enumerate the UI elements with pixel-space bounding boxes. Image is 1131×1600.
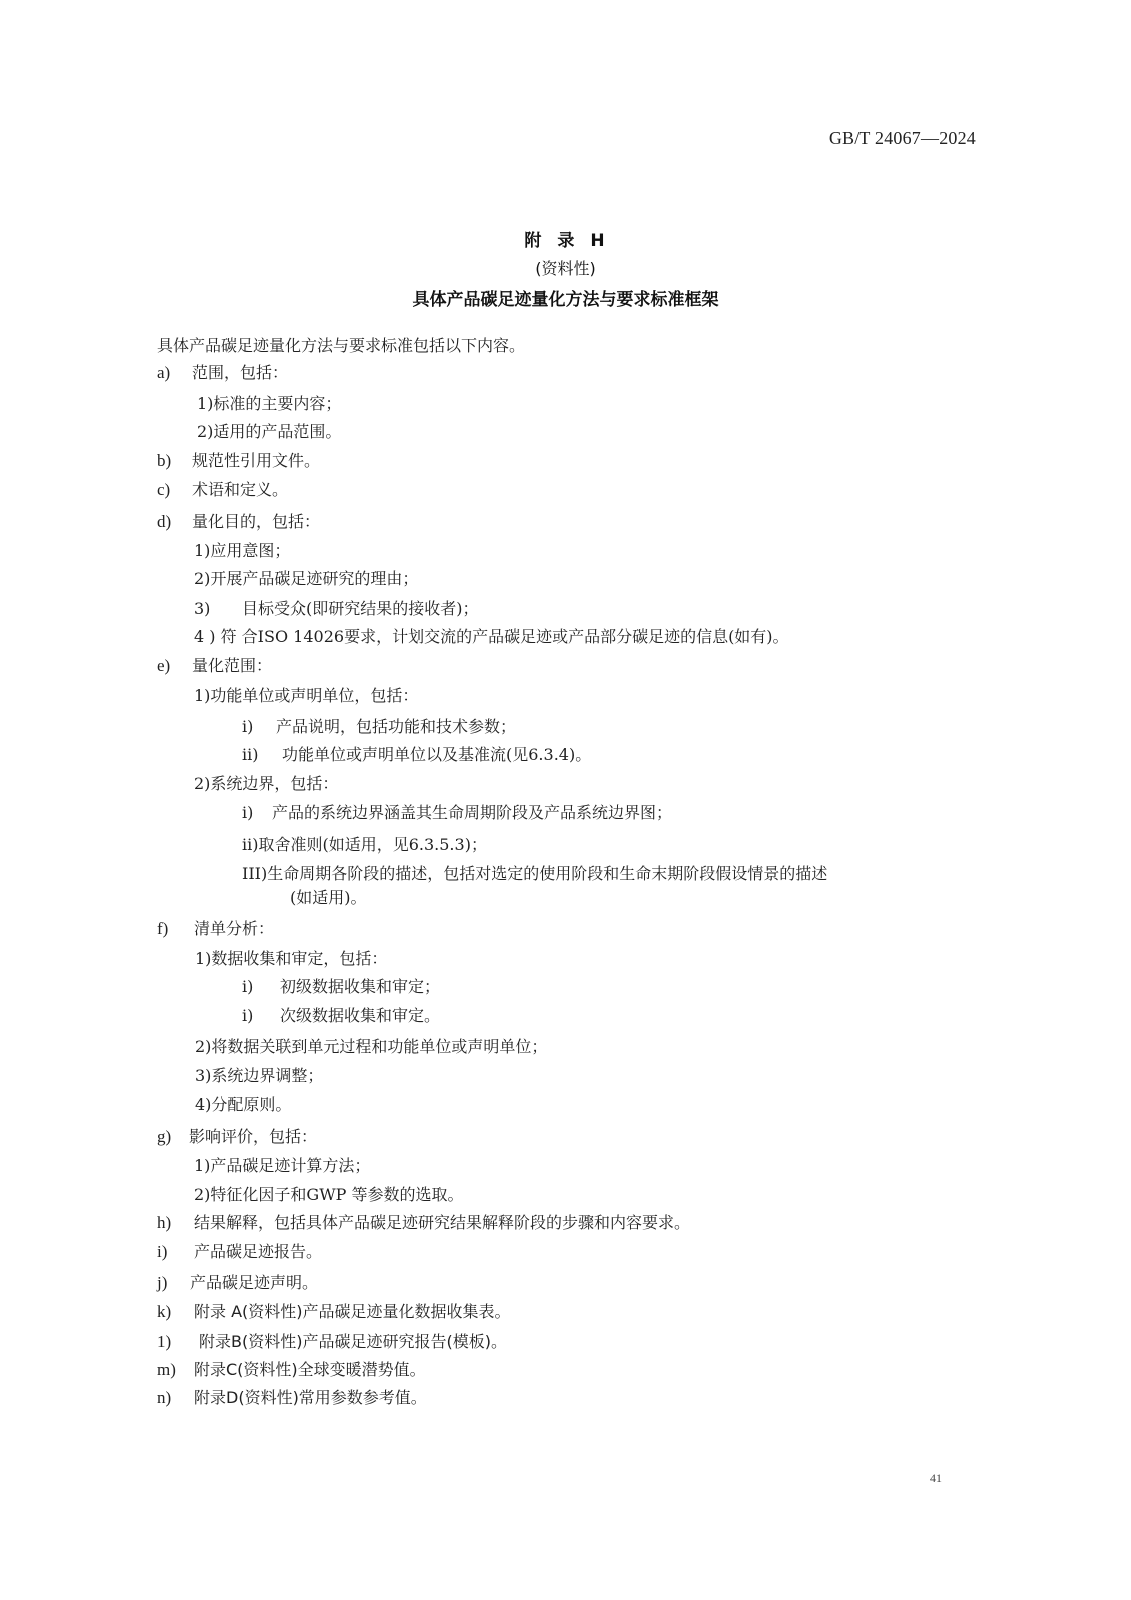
list-item-h: h)结果解释，包括具体产品碳足迹研究结果解释阶段的步骤和内容要求。 (157, 1210, 690, 1233)
annex-label-prefix: 附 (524, 231, 543, 251)
list-text: 附录 A(资料性)产品碳足迹量化数据收集表。 (194, 1302, 511, 1321)
list-text: 清单分析： (194, 919, 274, 938)
sub-item: 2)开展产品碳足迹研究的理由； (194, 566, 418, 589)
list-item-c: c)术语和定义。 (157, 477, 288, 500)
list-item-l: 1)附录B(资料性)产品碳足迹研究报告(模板)。 (157, 1329, 507, 1352)
list-label: k) (157, 1302, 194, 1322)
sub-item: 3)目标受众(即研究结果的接收者)； (194, 596, 479, 619)
sub-item: 3)系统边界调整； (195, 1063, 323, 1086)
list-item-g: g)影响评价，包括： (157, 1124, 317, 1147)
intro-text: 具体产品碳足迹量化方法与要求标准包括以下内容。 (157, 333, 525, 356)
list-label: e) (157, 656, 192, 676)
list-label: a) (157, 363, 192, 383)
list-item-b: b)规范性引用文件。 (157, 448, 320, 471)
list-label: b) (157, 451, 192, 471)
list-label: m) (157, 1360, 194, 1380)
list-label: i) (157, 1242, 194, 1262)
list-item-i: i)产品碳足迹报告。 (157, 1239, 322, 1262)
sub-item: 1)数据收集和审定，包括： (195, 946, 387, 969)
sub-item: 4)分配原则。 (195, 1092, 291, 1115)
sub-label: 3) (194, 599, 242, 618)
list-item-j: j)产品碳足迹声明。 (157, 1270, 318, 1293)
sub-item: 4 ) 符 合ISO 14026要求，计划交流的产品碳足迹或产品部分碳足迹的信息… (194, 624, 789, 647)
sub-item: 1)标准的主要内容； (197, 391, 341, 414)
list-label: c) (157, 480, 192, 500)
annex-title: 具体产品碳足迹量化方法与要求标准框架 (0, 285, 1131, 310)
sub-sub-item-continued: (如适用)。 (290, 885, 367, 908)
list-text: 产品碳足迹报告。 (194, 1242, 322, 1261)
sub-sub-item: i)次级数据收集和审定。 (242, 1003, 440, 1026)
list-text: 附录B(资料性)产品碳足迹研究报告(模板)。 (199, 1332, 507, 1351)
list-item-k: k)附录 A(资料性)产品碳足迹量化数据收集表。 (157, 1299, 511, 1322)
annex-label: 附录H (0, 226, 1131, 251)
sub-sub-item: ii)功能单位或声明单位以及基准流(见6.3.4)。 (242, 742, 591, 765)
sub-text: 产品说明，包括功能和技术参数； (276, 717, 516, 736)
sub-item: 1)功能单位或声明单位，包括： (194, 683, 418, 706)
list-text: 附录D(资料性)常用参数参考值。 (194, 1388, 427, 1407)
list-item-d: d)量化目的，包括： (157, 509, 320, 532)
sub-item: 1)产品碳足迹计算方法； (194, 1153, 370, 1176)
sub-sub-item: III)生命周期各阶段的描述，包括对选定的使用阶段和生命末期阶段假设情景的描述 (242, 861, 827, 884)
list-label: h) (157, 1213, 194, 1233)
sub-text: 产品的系统边界涵盖其生命周期阶段及产品系统边界图； (272, 803, 672, 822)
sub-text: 次级数据收集和审定。 (280, 1006, 440, 1025)
sub-label: i) (242, 1006, 280, 1025)
sub-label: i) (242, 803, 272, 822)
list-text: 量化范围： (192, 656, 272, 675)
list-text: 量化目的，包括： (192, 512, 320, 531)
sub-sub-item: i)初级数据收集和审定； (242, 974, 440, 997)
sub-label: ii) (242, 745, 282, 764)
sub-item: 1)应用意图； (194, 538, 290, 561)
list-text: 影响评价，包括： (189, 1127, 317, 1146)
list-item-n: n)附录D(资料性)常用参数参考值。 (157, 1385, 427, 1408)
list-label: d) (157, 512, 192, 532)
list-item-e: e)量化范围： (157, 653, 272, 676)
sub-sub-item: i)产品的系统边界涵盖其生命周期阶段及产品系统边界图； (242, 800, 672, 823)
annex-label-mid: 录 (557, 231, 576, 251)
list-label: g) (157, 1127, 189, 1147)
list-item-f: f)清单分析： (157, 916, 274, 939)
list-label: j) (157, 1273, 190, 1293)
list-label: f) (157, 919, 194, 939)
sub-text: 初级数据收集和审定； (280, 977, 440, 996)
page-number: 41 (930, 1471, 942, 1486)
sub-item: 2)将数据关联到单元过程和功能单位或声明单位； (195, 1034, 547, 1057)
annex-letter: H (590, 231, 606, 251)
list-item-a: a)范围，包括： (157, 360, 288, 383)
sub-label: i) (242, 717, 276, 736)
sub-text: 目标受众(即研究结果的接收者)； (242, 599, 479, 618)
sub-sub-item: i)产品说明，包括功能和技术参数； (242, 714, 516, 737)
list-label: n) (157, 1388, 194, 1408)
sub-item: 2)适用的产品范围。 (197, 419, 341, 442)
standard-code: GB/T 24067—2024 (829, 128, 976, 149)
list-text: 附录C(资料性)全球变暖潜势值。 (194, 1360, 426, 1379)
sub-item: 2)特征化因子和GWP 等参数的选取。 (194, 1182, 464, 1205)
sub-item: 2)系统边界，包括： (194, 771, 338, 794)
sub-label: i) (242, 977, 280, 996)
annex-type: (资料性) (0, 256, 1131, 279)
list-text: 产品碳足迹声明。 (190, 1273, 318, 1292)
list-text: 范围，包括： (192, 363, 288, 382)
sub-sub-item: ii)取舍准则(如适用，见6.3.5.3)； (242, 832, 487, 855)
list-text: 规范性引用文件。 (192, 451, 320, 470)
list-text: 结果解释，包括具体产品碳足迹研究结果解释阶段的步骤和内容要求。 (194, 1213, 690, 1232)
list-item-m: m)附录C(资料性)全球变暖潜势值。 (157, 1357, 426, 1380)
sub-text: 功能单位或声明单位以及基准流(见6.3.4)。 (282, 745, 591, 764)
list-text: 术语和定义。 (192, 480, 288, 499)
list-label: 1) (157, 1332, 199, 1352)
